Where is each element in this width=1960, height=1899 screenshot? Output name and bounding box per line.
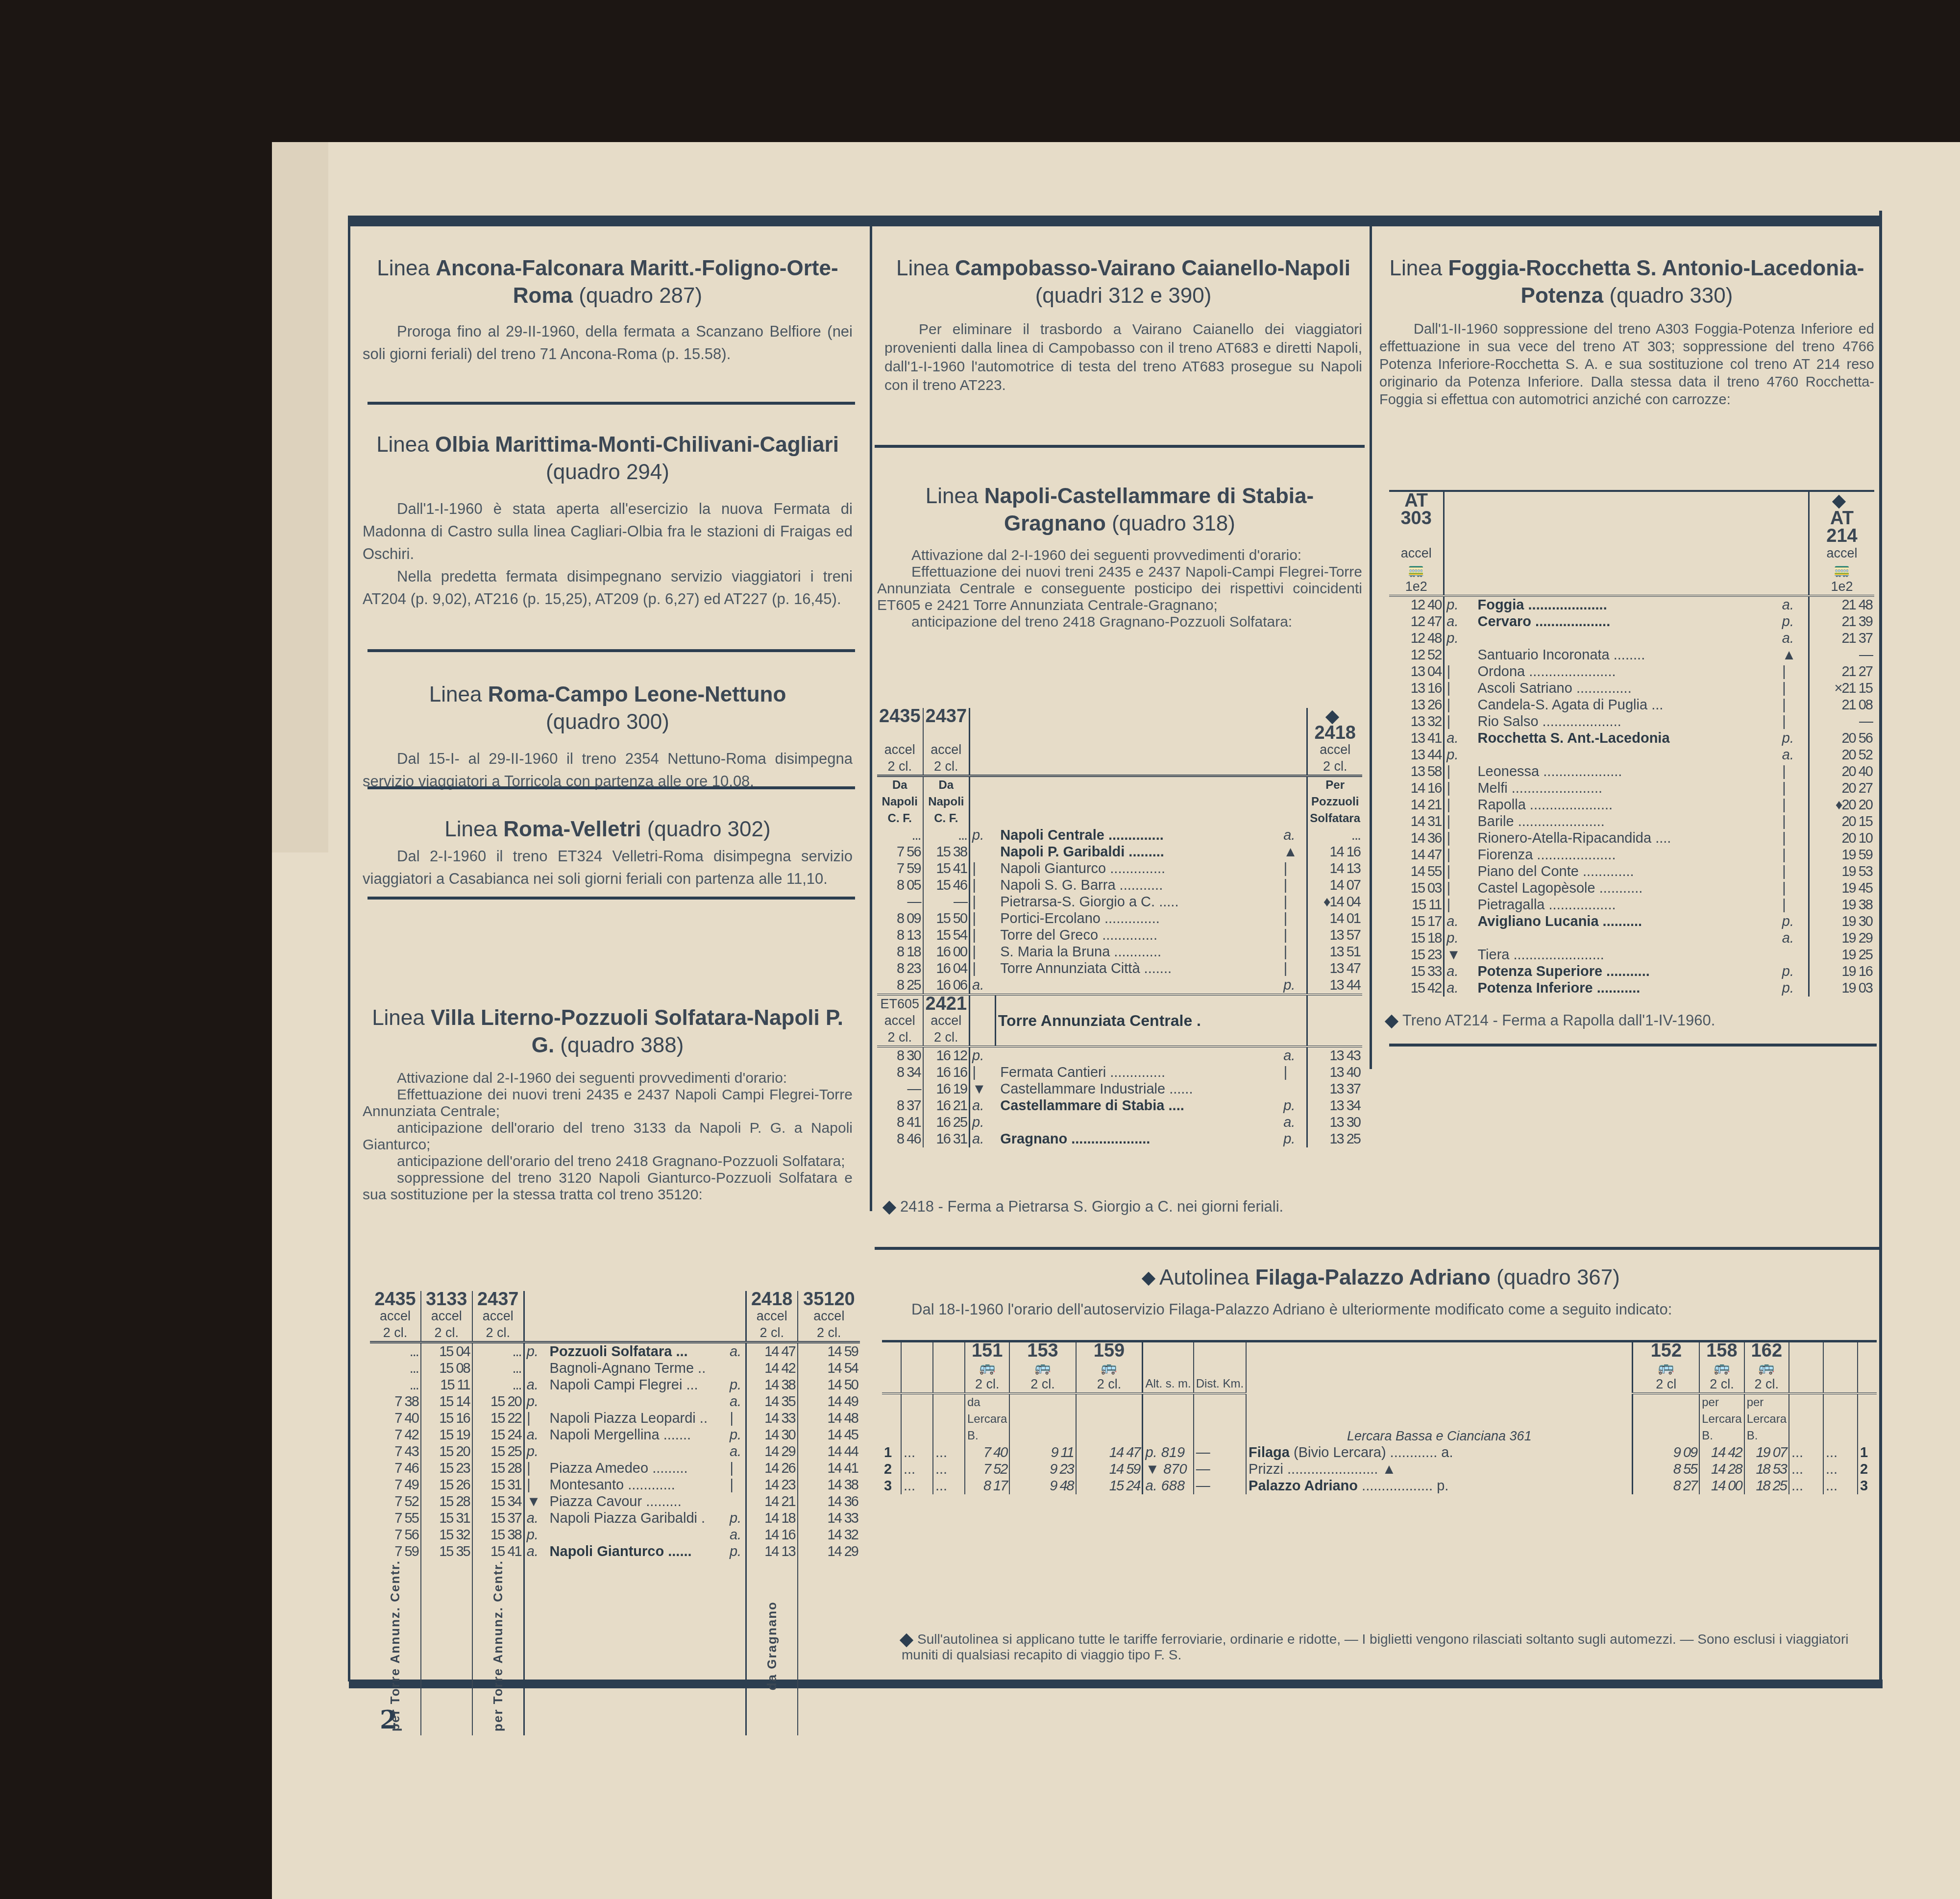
section-body: Effettuazione dei nuovi treni 2435 e 243… bbox=[363, 1087, 853, 1120]
station-name: Napoli Mergellina ....... bbox=[545, 1427, 728, 1443]
distance-header: Dist. Km. bbox=[1194, 1341, 1246, 1394]
direction-marker: | bbox=[1444, 897, 1473, 913]
section-body: Nella predetta fermata disimpegnano serv… bbox=[363, 565, 853, 610]
station-name: Leonessa .................... bbox=[1472, 763, 1780, 780]
time-cell: ... bbox=[901, 1444, 933, 1461]
time-cell: 16 21 bbox=[923, 1097, 970, 1114]
section-title: Linea Olbia Marittima-Monti-Chilivani-Ca… bbox=[363, 431, 853, 486]
section-title: Autolinea Filaga-Palazzo Adriano (quadro… bbox=[882, 1264, 1882, 1291]
direction-marker: | bbox=[1780, 763, 1809, 780]
section-title: Linea Roma-Velletri (quadro 302) bbox=[363, 816, 853, 843]
direction-marker: | bbox=[1780, 797, 1809, 813]
direction-marker: a. bbox=[970, 1131, 996, 1147]
table-row: 7 5515 3115 37a.Napoli Piazza Garibaldi … bbox=[370, 1510, 860, 1527]
time-cell: 15 34 bbox=[472, 1493, 524, 1510]
time-cell: 7 56 bbox=[877, 844, 923, 860]
time-cell: 7 59 bbox=[877, 860, 923, 877]
railcar-icon: 🚃 bbox=[1389, 561, 1444, 578]
section-body: Dal 18-I-1960 l'orario dell'autoservizio… bbox=[882, 1298, 1882, 1321]
diamond-icon bbox=[900, 1633, 913, 1647]
connection-note: Lercara Bassa e Cianciana 361 bbox=[1246, 1341, 1633, 1445]
section-ancona-roma: Linea Ancona-Falconara Maritt.-Foligno-O… bbox=[363, 255, 853, 365]
time-cell: ... bbox=[1307, 827, 1362, 844]
time-cell: 12 52 bbox=[1389, 647, 1444, 663]
section-campobasso-napoli: Linea Campobasso-Vairano Caianello-Napol… bbox=[884, 255, 1362, 395]
direction-marker: p. bbox=[1780, 963, 1809, 980]
time-cell: 14 16 bbox=[1389, 780, 1444, 797]
direction-marker: | bbox=[970, 1064, 996, 1081]
direction-marker: p. bbox=[970, 827, 996, 844]
station-name bbox=[1472, 747, 1780, 763]
time-cell: ... bbox=[1823, 1444, 1858, 1461]
time-cell: ... bbox=[472, 1377, 524, 1393]
table-row: 7 5915 3515 41a.Napoli Gianturco ......p… bbox=[370, 1543, 860, 1560]
time-cell: 14 50 bbox=[798, 1377, 860, 1393]
time-cell: 16 06 bbox=[923, 977, 970, 995]
time-cell: 15 41 bbox=[923, 860, 970, 877]
table-row: 7 5615 3215 38p.a.14 1614 32 bbox=[370, 1527, 860, 1543]
time-cell: 13 40 bbox=[1307, 1064, 1362, 1081]
time-cell: 15 25 bbox=[472, 1443, 524, 1460]
direction-marker: p. bbox=[1444, 630, 1473, 647]
row-number: 1 bbox=[882, 1444, 901, 1461]
direction-marker: p. bbox=[1444, 930, 1473, 947]
time-cell: 14 59 bbox=[798, 1342, 860, 1361]
direction-marker: p. bbox=[1780, 613, 1809, 630]
time-cell: 19 25 bbox=[1809, 947, 1874, 963]
table-row: 7 5915 41|Napoli Gianturco .............… bbox=[877, 860, 1362, 877]
time-cell: 13 32 bbox=[1389, 713, 1444, 730]
direction-marker: | bbox=[728, 1477, 746, 1493]
timetable-foggia: AT303 AT214 accel accel 🚃 🚃 1e2 1e2 12 4… bbox=[1389, 490, 1874, 997]
direction-marker: p. bbox=[728, 1543, 746, 1560]
divider bbox=[367, 402, 855, 405]
time-cell: 14 33 bbox=[746, 1410, 797, 1427]
station-name: Castellammare di Stabia .... bbox=[995, 1097, 1281, 1114]
table-row: ...15 04...p.Pozzuoli Solfatara ...a.14 … bbox=[370, 1342, 860, 1361]
time-cell: 15 23 bbox=[1389, 947, 1444, 963]
direction-marker: a. bbox=[524, 1543, 544, 1560]
direction-marker: a. bbox=[1780, 630, 1809, 647]
table-row: 7 5615 38Napoli P. Garibaldi .........▲1… bbox=[877, 844, 1362, 860]
direction-marker: a. bbox=[970, 977, 996, 995]
time-cell: ... bbox=[933, 1444, 965, 1461]
direction-marker: | bbox=[1780, 880, 1809, 897]
table-row: 15 03|Castel Lagopèsole ...........|19 4… bbox=[1389, 880, 1874, 897]
station-name: Piazza Amedeo ......... bbox=[545, 1460, 728, 1477]
station-name: Ascoli Satriano .............. bbox=[1472, 680, 1780, 697]
time-cell: 7 43 bbox=[370, 1443, 421, 1460]
direction-marker: p. bbox=[728, 1377, 746, 1393]
time-cell: 19 45 bbox=[1809, 880, 1874, 897]
direction-marker: | bbox=[1444, 780, 1473, 797]
section-foggia-potenza: Linea Foggia-Rocchetta S. Antonio-Lacedo… bbox=[1379, 255, 1874, 409]
section-title: Linea Napoli-Castellammare di Stabia-Gra… bbox=[877, 483, 1362, 537]
direction-marker: | bbox=[1780, 813, 1809, 830]
time-cell: 14 07 bbox=[1307, 877, 1362, 894]
altitude-cell: a. 688 bbox=[1143, 1478, 1194, 1494]
direction-marker: p. bbox=[524, 1342, 544, 1361]
train-footer: da Gragnano bbox=[763, 1601, 780, 1690]
time-cell: 14 30 bbox=[746, 1427, 797, 1443]
table-row: 8 0915 50|Portici-Ercolano .............… bbox=[877, 910, 1362, 927]
time-cell: 20 40 bbox=[1809, 763, 1874, 780]
time-cell: 15 17 bbox=[1389, 913, 1444, 930]
direction-marker bbox=[970, 844, 996, 860]
table-row: 15 17a.Avigliano Lucania ..........p.19 … bbox=[1389, 913, 1874, 930]
time-cell: 8 18 bbox=[877, 944, 923, 960]
station-name: Rionero-Atella-Ripacandida .... bbox=[1472, 830, 1780, 847]
table-row: 15 18p.a.19 29 bbox=[1389, 930, 1874, 947]
timetable-literno: 2435 3133 2437 2418 35120 accel accel ac… bbox=[370, 1291, 860, 1735]
direction-marker: p. bbox=[1780, 730, 1809, 747]
bus-icon: 🚌 bbox=[1009, 1359, 1076, 1376]
table-row: 8 1315 54|Torre del Greco ..............… bbox=[877, 927, 1362, 944]
time-cell: 14 31 bbox=[1389, 813, 1444, 830]
time-cell: 15 14 bbox=[421, 1393, 472, 1410]
time-cell: 15 04 bbox=[421, 1342, 472, 1361]
station-name bbox=[1472, 930, 1780, 947]
direction-marker: | bbox=[728, 1460, 746, 1477]
section-body: Dall'1-II-1960 soppressione del treno A3… bbox=[1379, 320, 1874, 409]
time-cell: 8 23 bbox=[877, 960, 923, 977]
station-name: Napoli Campi Flegrei ... bbox=[545, 1377, 728, 1393]
altitude-cell: p. 819 bbox=[1143, 1444, 1194, 1461]
time-cell: 16 16 bbox=[923, 1064, 970, 1081]
station-name: Filaga (Bivio Lercara) ............ a. bbox=[1246, 1444, 1633, 1461]
time-cell: 14 36 bbox=[798, 1493, 860, 1510]
time-cell: 14 16 bbox=[746, 1527, 797, 1543]
direction-marker: p. bbox=[1281, 1097, 1307, 1114]
table-row: 7 4315 2015 25p.a.14 2914 44 bbox=[370, 1443, 860, 1460]
time-cell: 13 30 bbox=[1307, 1114, 1362, 1131]
time-cell: 21 39 bbox=[1809, 613, 1874, 630]
direction-marker: p. bbox=[1444, 747, 1473, 763]
time-cell: 20 10 bbox=[1809, 830, 1874, 847]
direction-marker bbox=[1780, 947, 1809, 963]
direction-marker: | bbox=[1444, 813, 1473, 830]
direction-marker: | bbox=[1281, 1064, 1307, 1081]
station-name: Rio Salso .................... bbox=[1472, 713, 1780, 730]
time-cell: 13 37 bbox=[1307, 1081, 1362, 1097]
time-cell: 7 56 bbox=[370, 1527, 421, 1543]
table-row: 13 41a.Rocchetta S. Ant.-Lacedoniap.20 5… bbox=[1389, 730, 1874, 747]
time-cell: — bbox=[877, 1081, 923, 1097]
table-row: 14 47|Fiorenza ....................|19 5… bbox=[1389, 847, 1874, 863]
direction-marker: | bbox=[1444, 680, 1473, 697]
time-cell: 15 41 bbox=[472, 1543, 524, 1560]
station-torre-annunziata-centrale: Torre Annunziata Centrale . bbox=[995, 995, 1281, 1047]
station-name: Melfi ....................... bbox=[1472, 780, 1780, 797]
station-name: Montesanto ............ bbox=[545, 1477, 728, 1493]
footnote-autolinea: Sull'autolinea si applicano tutte le tar… bbox=[902, 1631, 1862, 1663]
table-row: 12 52Santuario Incoronata ........▲— bbox=[1389, 647, 1874, 663]
time-cell: 15 08 bbox=[421, 1360, 472, 1377]
time-cell: 7 42 bbox=[370, 1427, 421, 1443]
time-cell: 15 20 bbox=[472, 1393, 524, 1410]
section-body: Proroga fino al 29-II-1960, della fermat… bbox=[363, 320, 853, 365]
direction-marker: a. bbox=[524, 1427, 544, 1443]
time-cell: 15 46 bbox=[923, 877, 970, 894]
direction-marker: a. bbox=[1780, 747, 1809, 763]
time-cell: 21 37 bbox=[1809, 630, 1874, 647]
time-cell: ... bbox=[370, 1377, 421, 1393]
direction-marker: a. bbox=[970, 1097, 996, 1114]
timetable-castellammare: 2435 2437 2418 accel accel accel 2 cl. 2… bbox=[877, 708, 1362, 1147]
time-cell: 15 38 bbox=[472, 1527, 524, 1543]
footnote-2418: 2418 - Ferma a Pietrarsa S. Giorgio a C.… bbox=[884, 1198, 1362, 1216]
time-cell: 15 20 bbox=[421, 1443, 472, 1460]
time-cell: 15 22 bbox=[472, 1410, 524, 1427]
time-cell: 15 28 bbox=[421, 1493, 472, 1510]
direction-marker: a. bbox=[728, 1393, 746, 1410]
time-cell: 18 25 bbox=[1744, 1478, 1789, 1494]
time-cell: 15 31 bbox=[472, 1477, 524, 1493]
time-cell: 15 35 bbox=[421, 1543, 472, 1560]
station-name: Napoli P. Garibaldi ......... bbox=[995, 844, 1281, 860]
direction-marker: a. bbox=[1281, 827, 1307, 844]
section-body: Effettuazione dei nuovi treni 2435 e 243… bbox=[877, 564, 1362, 614]
time-cell: 14 28 bbox=[1699, 1461, 1744, 1478]
table-row: 13 32|Rio Salso ....................|— bbox=[1389, 713, 1874, 730]
station-name: Napoli Piazza Leopardi .. bbox=[545, 1410, 728, 1427]
time-cell: 14 16 bbox=[1307, 844, 1362, 860]
section-filaga-palazzo-adriano: Autolinea Filaga-Palazzo Adriano (quadro… bbox=[882, 1264, 1882, 1321]
bus-icon: 🚌 bbox=[965, 1359, 1009, 1376]
table-row: 14 36|Rionero-Atella-Ripacandida ....|20… bbox=[1389, 830, 1874, 847]
time-cell: 20 15 bbox=[1809, 813, 1874, 830]
train-footer: per Torre Annunz. Centr. bbox=[490, 1560, 506, 1731]
table-row: 3......8 179 4815 24a. 688—Palazzo Adria… bbox=[882, 1478, 1877, 1494]
direction-marker: | bbox=[1780, 780, 1809, 797]
station-name: Pietragalla ................. bbox=[1472, 897, 1780, 913]
direction-marker: p. bbox=[1281, 1131, 1307, 1147]
table-row: 8 0515 46|Napoli S. G. Barra ...........… bbox=[877, 877, 1362, 894]
table-row: 15 11|Pietragalla .................|19 3… bbox=[1389, 897, 1874, 913]
time-cell: ... bbox=[1789, 1461, 1823, 1478]
table-row: 7 4015 1615 22|Napoli Piazza Leopardi ..… bbox=[370, 1410, 860, 1427]
station-name: Ordona ...................... bbox=[1472, 663, 1780, 680]
direction-marker bbox=[1444, 647, 1473, 663]
direction-marker: p. bbox=[970, 1114, 996, 1131]
direction-marker: ▼ bbox=[1444, 947, 1473, 963]
section-body: Dal 2-I-1960 il treno ET324 Velletri-Rom… bbox=[363, 845, 853, 890]
station-name: Castellammare Industriale ...... bbox=[995, 1081, 1281, 1097]
time-cell: 14 18 bbox=[746, 1510, 797, 1527]
direction-marker: | bbox=[1780, 863, 1809, 880]
time-cell: 16 12 bbox=[923, 1047, 970, 1064]
time-cell: 7 46 bbox=[370, 1460, 421, 1477]
time-cell: 12 47 bbox=[1389, 613, 1444, 630]
time-cell: 7 59 bbox=[370, 1543, 421, 1560]
table-row: 13 58|Leonessa ....................|20 4… bbox=[1389, 763, 1874, 780]
altitude-header: Alt. s. m. bbox=[1143, 1341, 1194, 1394]
time-cell: 8 09 bbox=[877, 910, 923, 927]
direction-marker: | bbox=[1281, 910, 1307, 927]
divider bbox=[367, 897, 855, 900]
direction-marker: p. bbox=[1444, 596, 1473, 613]
time-cell: ... bbox=[472, 1360, 524, 1377]
time-cell: 19 16 bbox=[1809, 963, 1874, 980]
row-number: 2 bbox=[1858, 1461, 1877, 1478]
time-cell: 14 54 bbox=[798, 1360, 860, 1377]
station-name bbox=[995, 1047, 1281, 1064]
time-cell: 9 09 bbox=[1633, 1444, 1699, 1461]
table-row: 15 23▼Tiera .......................19 25 bbox=[1389, 947, 1874, 963]
time-cell: 15 24 bbox=[472, 1427, 524, 1443]
time-cell: 15 31 bbox=[421, 1510, 472, 1527]
direction-marker: a. bbox=[1444, 730, 1473, 747]
table-row: 8 3416 16|Fermata Cantieri .............… bbox=[877, 1064, 1362, 1081]
diamond-icon bbox=[882, 1201, 896, 1215]
time-cell: 19 59 bbox=[1809, 847, 1874, 863]
table-row: 8 1816 00|S. Maria la Bruna ............… bbox=[877, 944, 1362, 960]
railcar-icon: 🚃 bbox=[1809, 561, 1874, 578]
station-name: Gragnano .................... bbox=[995, 1131, 1281, 1147]
time-cell: 16 31 bbox=[923, 1131, 970, 1147]
time-cell: ... bbox=[370, 1360, 421, 1377]
table-row: ......p.Napoli Centrale ..............a.… bbox=[877, 827, 1362, 844]
time-cell: ... bbox=[877, 827, 923, 844]
time-cell: 15 33 bbox=[1389, 963, 1444, 980]
time-cell: 16 19 bbox=[923, 1081, 970, 1097]
time-cell: 14 47 bbox=[746, 1342, 797, 1361]
direction-marker: ▼ bbox=[970, 1081, 996, 1097]
time-cell: 13 04 bbox=[1389, 663, 1444, 680]
time-cell: 15 54 bbox=[923, 927, 970, 944]
time-cell: ... bbox=[1789, 1478, 1823, 1494]
direction-marker: p. bbox=[1780, 913, 1809, 930]
time-cell: ... bbox=[933, 1461, 965, 1478]
time-cell: ... bbox=[923, 827, 970, 844]
section-body: Per eliminare il trasbordo a Vairano Cai… bbox=[884, 320, 1362, 395]
time-cell: 14 29 bbox=[746, 1443, 797, 1460]
bus-icon: 🚌 bbox=[1633, 1359, 1699, 1376]
direction-marker: p. bbox=[524, 1393, 544, 1410]
direction-marker bbox=[728, 1493, 746, 1510]
direction-marker: | bbox=[1281, 927, 1307, 944]
time-cell: 14 55 bbox=[1389, 863, 1444, 880]
time-cell: 13 34 bbox=[1307, 1097, 1362, 1114]
section-title: Linea Ancona-Falconara Maritt.-Foligno-O… bbox=[363, 255, 853, 310]
time-cell: 7 55 bbox=[370, 1510, 421, 1527]
direction-marker: | bbox=[1281, 860, 1307, 877]
section-body: Attivazione dal 2-I-1960 dei seguenti pr… bbox=[877, 547, 1362, 564]
time-cell: 8 34 bbox=[877, 1064, 923, 1081]
time-cell: 14 21 bbox=[746, 1493, 797, 1510]
time-cell: 19 29 bbox=[1809, 930, 1874, 947]
time-cell: ... bbox=[1823, 1478, 1858, 1494]
table-row: 15 33a.Potenza Superiore ...........p.19… bbox=[1389, 963, 1874, 980]
direction-marker: | bbox=[970, 877, 996, 894]
time-cell: 12 40 bbox=[1389, 596, 1444, 613]
time-cell: 14 32 bbox=[798, 1527, 860, 1543]
time-cell: 15 32 bbox=[421, 1527, 472, 1543]
time-cell: 15 19 bbox=[421, 1427, 472, 1443]
time-cell: 16 25 bbox=[923, 1114, 970, 1131]
direction-marker: | bbox=[524, 1410, 544, 1427]
time-cell: 19 03 bbox=[1809, 980, 1874, 997]
time-cell: 14 00 bbox=[1699, 1478, 1744, 1494]
direction-marker: a. bbox=[1281, 1114, 1307, 1131]
section-body: anticipazione dell'orario del treno 2418… bbox=[363, 1153, 853, 1170]
row-number: 3 bbox=[1858, 1478, 1877, 1494]
time-cell: 14 29 bbox=[798, 1543, 860, 1560]
direction-marker: p. bbox=[1281, 977, 1307, 995]
time-cell: 7 52 bbox=[370, 1493, 421, 1510]
time-cell: 7 40 bbox=[370, 1410, 421, 1427]
direction-marker: | bbox=[970, 944, 996, 960]
direction-marker: p. bbox=[524, 1527, 544, 1543]
time-cell: 15 16 bbox=[421, 1410, 472, 1427]
train-footer: per Torre Annunz. Centr. bbox=[387, 1560, 403, 1731]
time-cell: 13 16 bbox=[1389, 680, 1444, 697]
bus-icon: 🚌 bbox=[1076, 1359, 1143, 1376]
time-cell: 15 11 bbox=[421, 1377, 472, 1393]
station-name bbox=[545, 1527, 728, 1543]
time-cell: 15 24 bbox=[1076, 1478, 1143, 1494]
station-name: Napoli Gianturco ...... bbox=[545, 1543, 728, 1560]
table-row: 13 44p.a.20 52 bbox=[1389, 747, 1874, 763]
direction-marker: a. bbox=[1444, 613, 1473, 630]
time-cell: ... bbox=[901, 1478, 933, 1494]
time-cell: 15 18 bbox=[1389, 930, 1444, 947]
station-name: Potenza Inferiore ........... bbox=[1472, 980, 1780, 997]
station-name: Candela-S. Agata di Puglia ... bbox=[1472, 697, 1780, 713]
time-cell: 15 28 bbox=[472, 1460, 524, 1477]
row-number: 1 bbox=[1858, 1444, 1877, 1461]
time-cell: 15 38 bbox=[923, 844, 970, 860]
time-cell: — bbox=[1809, 647, 1874, 663]
section-body: Dall'1-I-1960 è stata aperta all'eserciz… bbox=[363, 498, 853, 565]
direction-marker: a. bbox=[728, 1527, 746, 1543]
table-row: 14 31|Barile ......................|20 1… bbox=[1389, 813, 1874, 830]
time-cell: 13 51 bbox=[1307, 944, 1362, 960]
station-name: Napoli Gianturco .............. bbox=[995, 860, 1281, 877]
bus-icon: 🚌 bbox=[1744, 1359, 1789, 1376]
direction-marker: | bbox=[1780, 713, 1809, 730]
direction-marker: | bbox=[1281, 944, 1307, 960]
table-row: 1......7 409 1114 47p. 819—Filaga (Bivio… bbox=[882, 1444, 1877, 1461]
time-cell: ... bbox=[901, 1461, 933, 1478]
time-cell: 14 23 bbox=[746, 1477, 797, 1493]
section-body: Attivazione dal 2-I-1960 dei seguenti pr… bbox=[363, 1070, 853, 1087]
divider bbox=[875, 1247, 1879, 1250]
time-cell: 8 27 bbox=[1633, 1478, 1699, 1494]
time-cell: 19 53 bbox=[1809, 863, 1874, 880]
time-cell: 18 53 bbox=[1744, 1461, 1789, 1478]
time-cell: 14 45 bbox=[798, 1427, 860, 1443]
direction-marker: | bbox=[1444, 830, 1473, 847]
table-row: ——|Pietrarsa-S. Giorgio a C. .....|♦14 0… bbox=[877, 894, 1362, 910]
direction-marker: ▲ bbox=[1281, 844, 1307, 860]
station-name bbox=[995, 1114, 1281, 1131]
time-cell: 14 13 bbox=[746, 1543, 797, 1560]
paper-fold-flap bbox=[272, 142, 328, 852]
station-name bbox=[545, 1393, 728, 1410]
direction-marker: a. bbox=[1780, 596, 1809, 613]
direction-marker: | bbox=[1281, 877, 1307, 894]
direction-marker: | bbox=[1780, 697, 1809, 713]
station-name: Palazzo Adriano .................. p. bbox=[1246, 1478, 1633, 1494]
table-row: 7 5215 2815 34▼Piazza Cavour .........14… bbox=[370, 1493, 860, 1510]
time-cell: ♦14 04 bbox=[1307, 894, 1362, 910]
table-row: 8 4116 25p.a.13 30 bbox=[877, 1114, 1362, 1131]
time-cell: 8 17 bbox=[965, 1478, 1009, 1494]
station-name: Napoli Piazza Garibaldi . bbox=[545, 1510, 728, 1527]
table-row: 14 21|Rapolla .....................|♦20 … bbox=[1389, 797, 1874, 813]
diamond-icon bbox=[1385, 1015, 1398, 1028]
